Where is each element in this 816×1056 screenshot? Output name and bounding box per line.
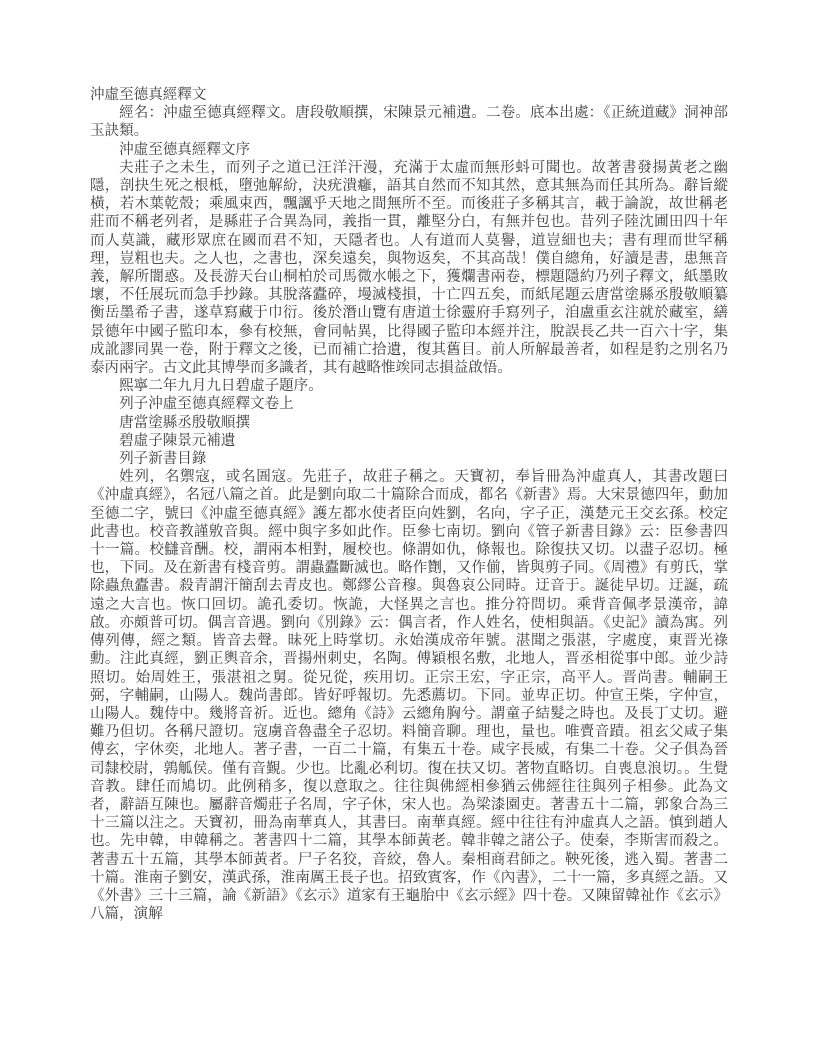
paragraph: 沖虛至德真經釋文序 <box>90 141 728 159</box>
paragraph: 夫莊子之未生，而列子之道已汪洋汗漫，充滿于太虛而無形蚪可聞也。故著書發揚黃老之幽… <box>90 159 728 377</box>
paragraph: 唐當塗縣丞殷敬順撰 <box>90 414 728 432</box>
document-title: 沖虛至德真經釋文 <box>90 86 728 104</box>
paragraph: 經名：沖虛至德真經釋文。唐段敬順撰，宋陳景元補遺。二卷。底本出處：《正統道藏》洞… <box>90 104 728 140</box>
document-page: 沖虛至德真經釋文經名：沖虛至德真經釋文。唐段敬順撰，宋陳景元補遺。二卷。底本出處… <box>0 0 816 1056</box>
paragraph: 碧虛子陳景元補遺 <box>90 432 728 450</box>
paragraph: 列子沖虛至德真經釋文卷上 <box>90 395 728 413</box>
paragraph: 熙寧二年九月九日碧虛子題序。 <box>90 377 728 395</box>
document-body: 沖虛至德真經釋文經名：沖虛至德真經釋文。唐段敬順撰，宋陳景元補遺。二卷。底本出處… <box>90 86 728 923</box>
paragraph: 姓列，名禦寇，或名圄寇。先莊子，故莊子稱之。天寶初，奉旨冊為沖虛真人，其書改題曰… <box>90 468 728 923</box>
paragraph: 列子新書目錄 <box>90 450 728 468</box>
